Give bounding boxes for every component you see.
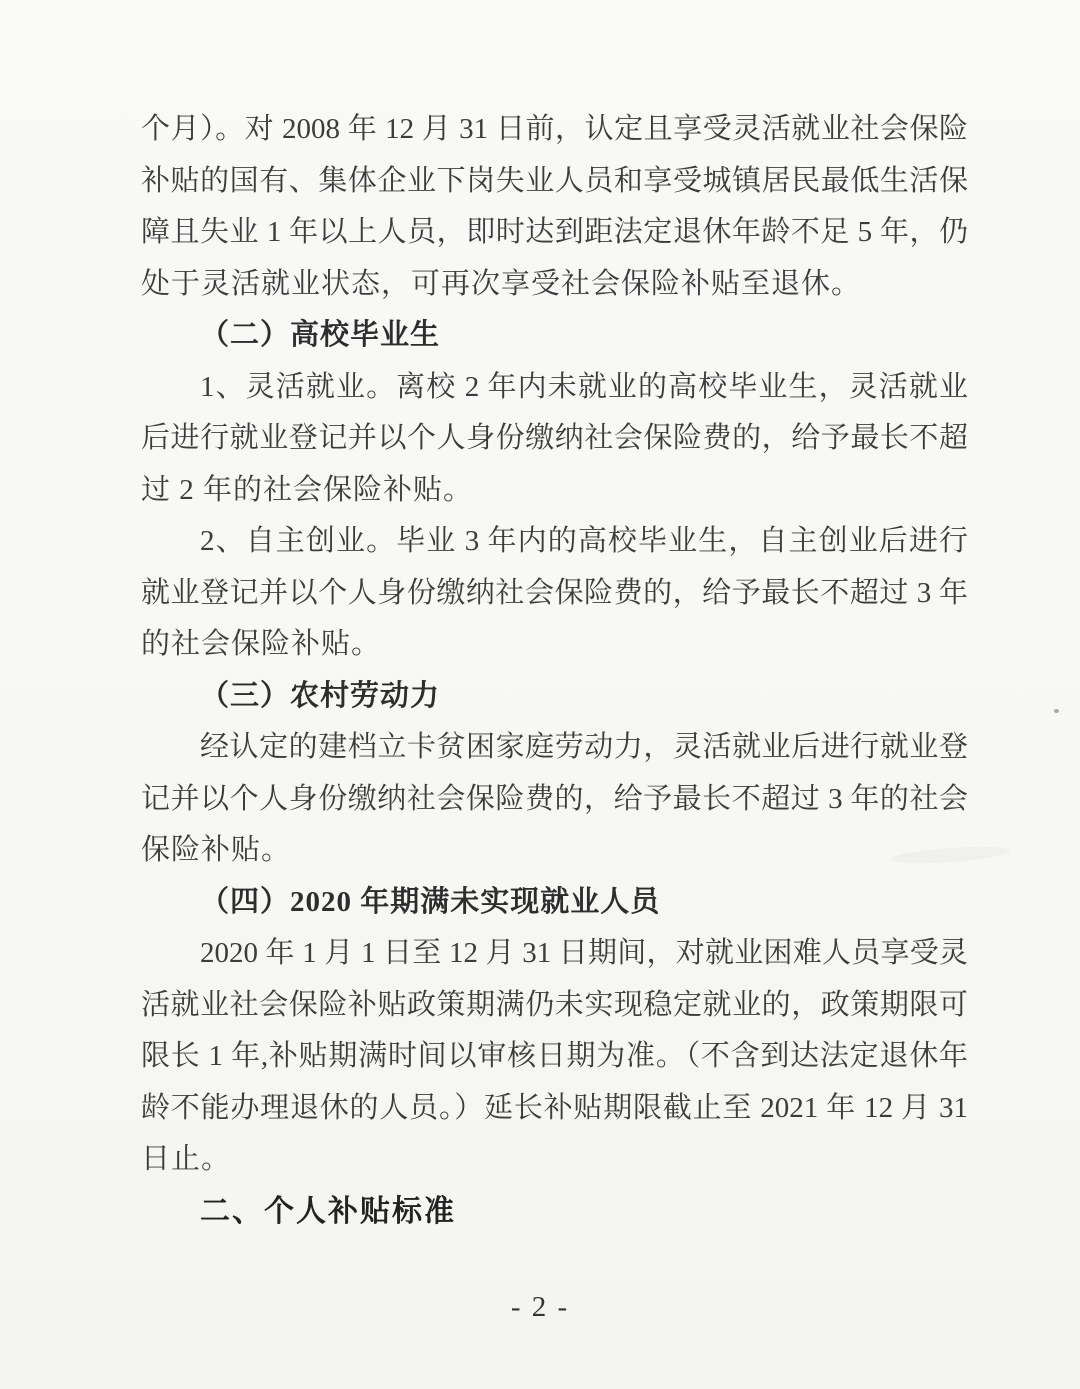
body-line: 后进行就业登记并以个人身份缴纳社会保险费的，给予最长不超	[141, 413, 968, 465]
body-line: 1、灵活就业。离校 2 年内未就业的高校毕业生，灵活就业	[141, 362, 968, 414]
document-text-block: 个月）。对 2008 年 12 月 31 日前，认定且享受灵活就业社会保险 补贴…	[141, 104, 968, 1237]
body-line: 2、自主创业。毕业 3 年内的高校毕业生，自主创业后进行	[141, 516, 968, 568]
body-line: 障且失业 1 年以上人员，即时达到距法定退休年龄不足 5 年，仍	[141, 207, 968, 259]
body-line: 经认定的建档立卡贫困家庭劳动力，灵活就业后进行就业登	[141, 722, 968, 774]
body-line: 2020 年 1 月 1 日至 12 月 31 日期间，对就业困难人员享受灵	[141, 928, 968, 980]
body-line: 处于灵活就业状态，可再次享受社会保险补贴至退休。	[141, 259, 968, 311]
body-line: 限长 1 年,补贴期满时间以审核日期为准。（不含到达法定退休年	[141, 1031, 968, 1083]
body-line: 补贴的国有、集体企业下岗失业人员和享受城镇居民最低生活保	[141, 156, 968, 208]
document-page: 个月）。对 2008 年 12 月 31 日前，认定且享受灵活就业社会保险 补贴…	[0, 0, 1080, 1389]
body-line: 活就业社会保险补贴政策期满仍未实现稳定就业的，政策期限可	[141, 980, 968, 1032]
body-line: 日止。	[141, 1134, 968, 1186]
body-line: 记并以个人身份缴纳社会保险费的，给予最长不超过 3 年的社会	[141, 774, 968, 826]
page-number: - 2 -	[0, 1291, 1080, 1324]
body-line: 保险补贴。	[141, 825, 968, 877]
body-line: 就业登记并以个人身份缴纳社会保险费的，给予最长不超过 3 年	[141, 568, 968, 620]
scan-speck-artifact	[1054, 709, 1059, 713]
heading-section-4: （四）2020 年期满未实现就业人员	[141, 877, 968, 929]
heading-section-2: （二）高校毕业生	[141, 310, 968, 362]
body-line: 的社会保险补贴。	[141, 619, 968, 671]
heading-section-3: （三）农村劳动力	[141, 671, 968, 723]
heading-part-2: 二、个人补贴标准	[141, 1186, 968, 1238]
body-line: 过 2 年的社会保险补贴。	[141, 465, 968, 517]
body-line: 龄不能办理退休的人员。）延长补贴期限截止至 2021 年 12 月 31	[141, 1083, 968, 1135]
body-line: 个月）。对 2008 年 12 月 31 日前，认定且享受灵活就业社会保险	[141, 104, 968, 156]
